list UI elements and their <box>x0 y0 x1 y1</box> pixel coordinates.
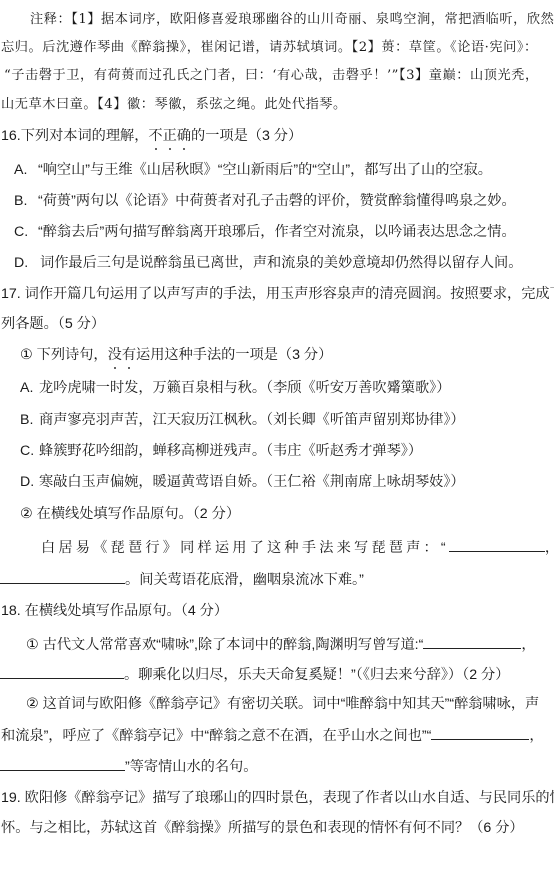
sub-2-comma: ， <box>545 540 554 556</box>
answer-blank-4[interactable] <box>0 664 124 679</box>
emphasis-char: 不 <box>148 126 162 146</box>
sub-2-line-3-text: ”等寄情山水的名句。 <box>125 759 257 775</box>
question-18-sub-1-line-1: ① 古代文人常常喜欢“啸咏”,除了本词中的醉翁,陶渊明写曾写道:“， <box>26 634 536 655</box>
sub-1-text: ① 古代文人常常喜欢“啸咏”,除了本词中的醉翁,陶渊明写曾写道:“ <box>26 637 423 653</box>
option-label: B. <box>14 191 38 211</box>
option-label: C. <box>14 222 38 242</box>
question-17-option-a: A.龙吟虎啸一时发，万籁百泉相与秋。（李颀《听安万善吹觱篥歌》） <box>20 378 450 398</box>
option-text: “醉翁去后”两句描写醉翁离开琅琊后，作者空对流泉，以吟诵表达思念之情。 <box>38 224 516 240</box>
question-16-option-d: D.词作最后三句是说醉翁虽已离世，声和流泉的美妙意境却仍然得以留存人间。 <box>14 253 522 273</box>
emphasis-char: 没 <box>108 345 122 365</box>
option-label: A. <box>20 378 39 398</box>
emphasis-char: 确 <box>177 126 191 146</box>
sub-2-text: 白居易《琵琶行》同样运用了这种手法来写琵琶声：“ <box>41 540 449 556</box>
option-text: 寒敲白玉声偏婉，暖逼黄莺语自娇。（王仁裕《荆南席上咏胡琴妓》） <box>39 474 465 490</box>
option-text: 蜂簇野花吟细韵，蝉移高柳迸残声。（韦庄《听赵秀才弹琴》） <box>39 443 422 459</box>
sub-1-line-2-text: 。聊乘化以归尽，乐夫天命复奚疑！”（《归去来兮辞》）（2 分） <box>124 667 509 683</box>
option-text: 龙吟虎啸一时发，万籁百泉相与秋。（李颀《听安万善吹觱篥歌》） <box>39 380 450 396</box>
question-17-sub-2-line-2: 。间关莺语花底滑，幽咽泉流冰下难。” <box>0 569 364 590</box>
question-18-sub-2-line-2: 和流泉”，呼应了《醉翁亭记》中“醉翁之意不在酒，在乎山水之间也”“， <box>1 725 544 746</box>
question-18-sub-1-line-2: 。聊乘化以归尽，乐夫天命复奚疑！”（《归去来兮辞》）（2 分） <box>0 664 509 685</box>
emphasis-char: 有 <box>122 345 136 365</box>
option-text: “荷蒉”两句以《论语》中荷蒉者对孔子击磬的评价，赞赏醉翁懂得鸣泉之妙。 <box>38 193 516 209</box>
answer-blank-6[interactable] <box>0 756 125 771</box>
question-17-option-b: B.商声寥亮羽声苦，江天寂历江枫秋。（刘长卿《听笛声留别郑协律》） <box>20 410 465 430</box>
answer-blank-5[interactable] <box>431 725 529 740</box>
answer-blank-1[interactable] <box>449 537 545 552</box>
option-label: D. <box>20 472 39 492</box>
question-19-line-2: 怀。与之相比，苏轼这首《醉翁操》所描写的景色和表现的情怀有何不同？（6 分） <box>1 818 524 838</box>
sub-1-comma: ， <box>521 637 535 653</box>
note-line-1: 注释：【1】据本词序，欧阳修喜爱琅琊幽谷的山川奇丽、泉鸣空涧，常把酒临听，欣然 <box>30 10 554 30</box>
question-16-option-b: B.“荷蒉”两句以《论语》中荷蒉者对孔子击磬的评价，赞赏醉翁懂得鸣泉之妙。 <box>14 191 516 211</box>
question-18-stem: 18. 在横线处填写作品原句。（4 分） <box>1 601 228 621</box>
question-16-option-c: C.“醉翁去后”两句描写醉翁离开琅琊后，作者空对流泉，以吟诵表达思念之情。 <box>14 222 516 242</box>
question-16-stem: 16.下列对本词的理解，不正确的一项是（3 分） <box>1 126 302 146</box>
question-18-sub-2-line-3: ”等寄情山水的名句。 <box>0 756 257 777</box>
answer-blank-2[interactable] <box>0 569 125 584</box>
question-17-option-d: D.寒敲白玉声偏婉，暖逼黄莺语自娇。（王仁裕《荆南席上咏胡琴妓》） <box>20 472 465 492</box>
sub-2-comma: ， <box>529 728 543 744</box>
question-18-sub-2-line-1: ② 这首词与欧阳修《醉翁亭记》有密切关联。词中“唯醉翁中知其天”“醉翁啸咏，声 <box>26 694 539 714</box>
question-17-sub-1: ① 下列诗句，没有运用这种手法的一项是（3 分） <box>20 345 332 365</box>
option-label: A. <box>14 160 38 180</box>
sub-1-prefix: ① 下列诗句， <box>20 347 108 363</box>
emphasis-char: 正 <box>163 126 177 146</box>
question-17-stem-line-1: 17. 词作开篇几句运用了以声写声的手法，用玉声形容泉声的清亮圆润。按照要求，完… <box>1 284 554 304</box>
question-17-option-c: C.蜂簇野花吟细韵，蝉移高柳迸残声。（韦庄《听赵秀才弹琴》） <box>20 441 422 461</box>
question-16-option-a: A.“响空山”与王维《山居秋暝》“空山新雨后”的“空山”，都写出了山的空寂。 <box>14 160 492 180</box>
option-text: “响空山”与王维《山居秋暝》“空山新雨后”的“空山”，都写出了山的空寂。 <box>38 162 492 178</box>
option-label: B. <box>20 410 39 430</box>
sub-2-line-2-text: 。间关莺语花底滑，幽咽泉流冰下难。” <box>125 572 364 588</box>
sub-1-suffix: 运用这种手法的一项是（3 分） <box>136 347 332 363</box>
note-line-4: 山无草木曰童。【4】徽：琴徽，系弦之绳。此处代指琴。 <box>1 95 347 115</box>
sub-2-text: 和流泉”，呼应了《醉翁亭记》中“醉翁之意不在酒，在乎山水之间也”“ <box>1 728 431 744</box>
option-label: C. <box>20 441 39 461</box>
question-17-sub-2-title: ② 在横线处填写作品原句。（2 分） <box>20 504 240 524</box>
option-text: 商声寥亮羽声苦，江天寂历江枫秋。（刘长卿《听笛声留别郑协律》） <box>39 412 465 428</box>
answer-blank-3[interactable] <box>423 634 521 649</box>
note-line-2: 忘归。后沈遵作琴曲《醉翁操》，崔闲记谱，请苏轼填词。【2】蒉：草筐。《论语·宪问… <box>1 38 538 58</box>
question-19-line-1: 19. 欧阳修《醉翁亭记》描写了琅琊山的四时景色，表现了作者以山水自适、与民同乐… <box>1 788 554 808</box>
question-16-suffix: 的一项是（3 分） <box>191 128 302 144</box>
question-17-stem-line-2: 列各题。（5 分） <box>1 314 105 334</box>
question-17-sub-2-line-1: 白居易《琵琶行》同样运用了这种手法来写琵琶声：“， <box>41 537 554 558</box>
note-line-3: “子击磬于卫，有荷蒉而过孔氏之门者，曰：‘有心哉，击磬乎！’”【3】童巅：山顶光… <box>4 66 539 86</box>
option-text: 词作最后三句是说醉翁虽已离世，声和流泉的美妙意境却仍然得以留存人间。 <box>40 255 522 271</box>
option-label: D. <box>14 253 40 273</box>
question-16-prefix: 16.下列对本词的理解， <box>1 128 148 144</box>
